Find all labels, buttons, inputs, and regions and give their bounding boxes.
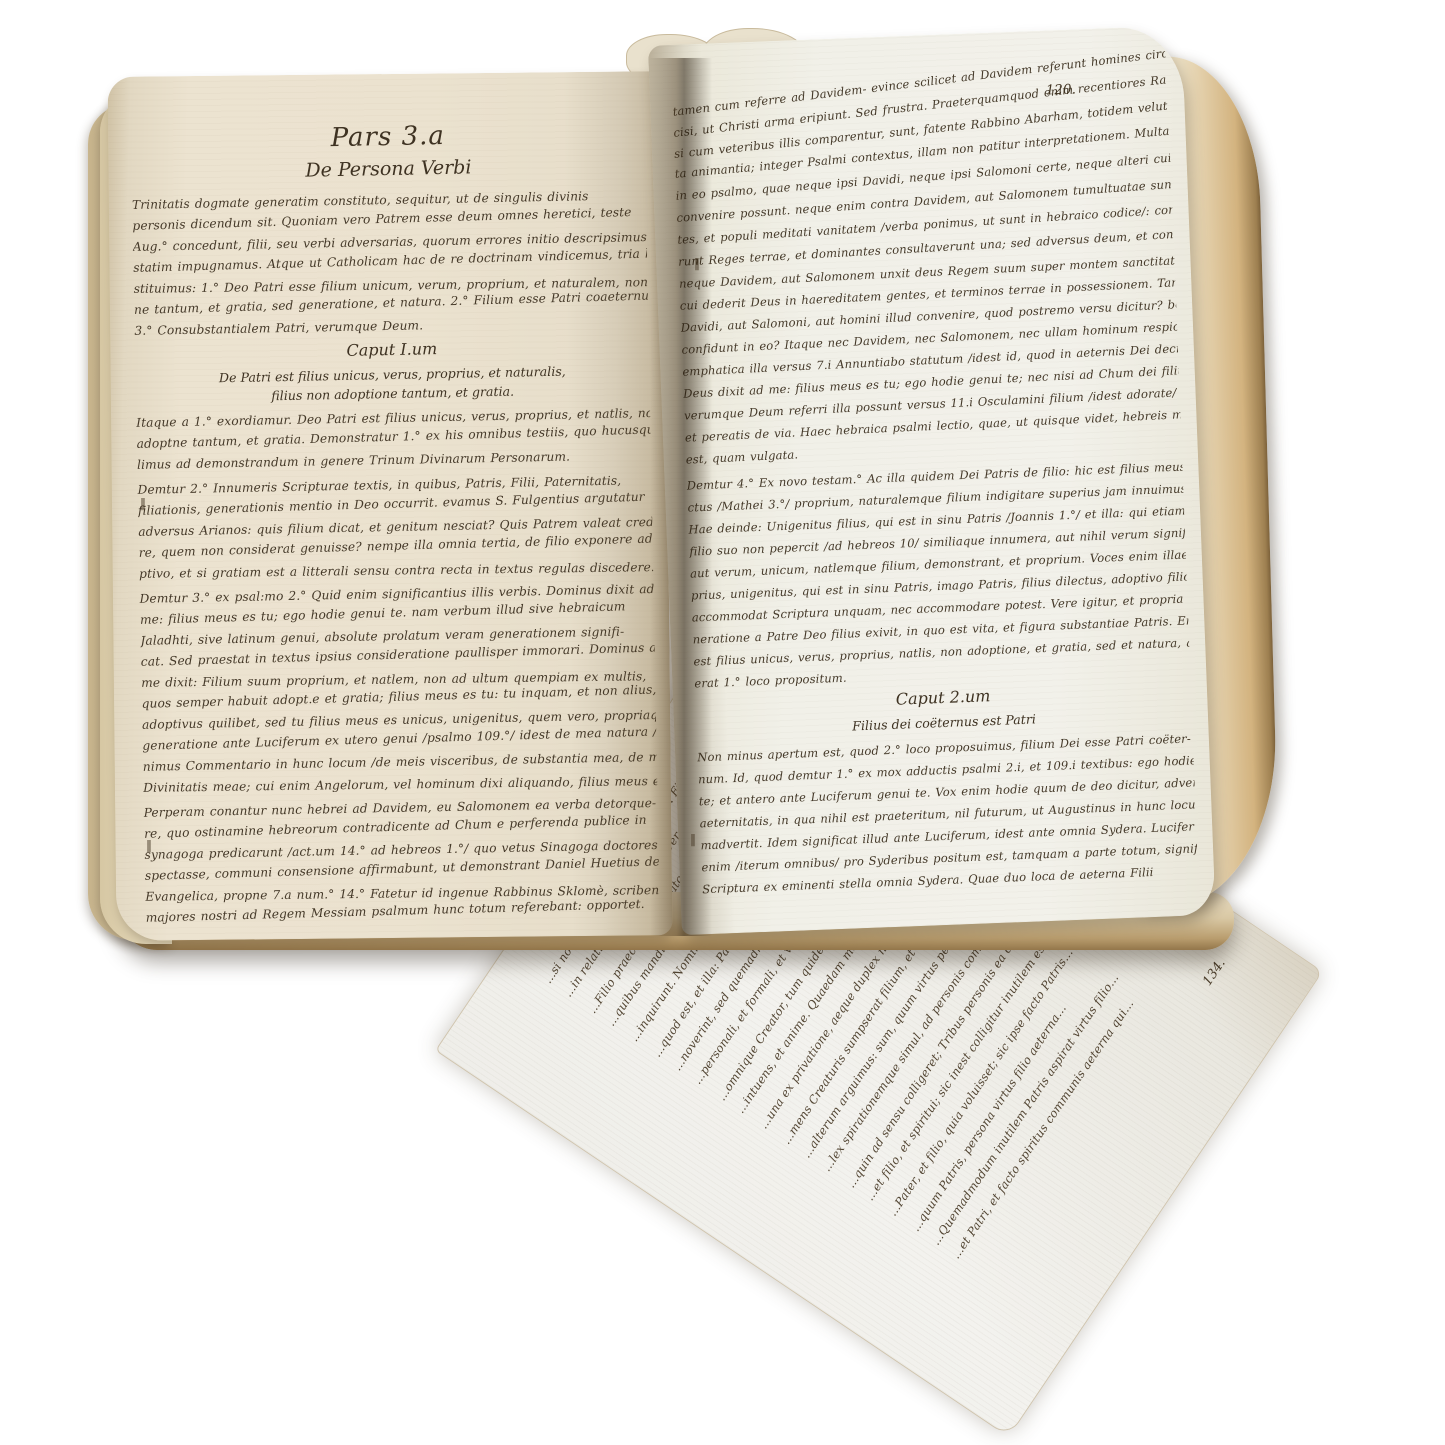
right-paragraph-2: Demtur 4.° Ex novo testam.° Ac illa quid… <box>686 456 1190 695</box>
margin-mark: ‖ <box>140 496 146 510</box>
left-page-text: Pars 3.a De Persona Verbi Trinitatis dog… <box>130 115 659 929</box>
left-paragraph-3: Demtur 2.° Innumeris Scripturae textis, … <box>137 470 653 585</box>
right-page-text: tamen cum referre ad Davidem- evince sci… <box>672 74 1199 900</box>
margin-mark: ‖ <box>690 832 696 846</box>
left-paragraph-4: Demtur 3.° ex psal:mo 2.° Quid enim sign… <box>139 579 657 799</box>
left-paragraph-5: Perperam conantur nunc hebrei ad Davidem… <box>144 793 660 929</box>
right-paragraph-1: tamen cum referre ad Davidem- evince sci… <box>672 78 1182 471</box>
margin-mark: ‖ <box>694 256 700 270</box>
left-paragraph-2: Itaque a 1.° exordiamur. Deo Patri est f… <box>136 403 651 476</box>
right-paragraph-3: Non minus apertum est, quod 2.° loco pro… <box>697 727 1199 900</box>
left-paragraph-1: Trinitatis dogmate generatim constituto,… <box>132 185 649 342</box>
manuscript-photo: ...si non. Quia relationes aeternae in F… <box>0 0 1445 1445</box>
margin-mark: ‖ <box>146 838 152 852</box>
left-page: Pars 3.a De Persona Verbi Trinitatis dog… <box>107 71 672 941</box>
sheet-page-number: 134. <box>1200 956 1229 988</box>
right-page: 120. tamen cum referre ad Davidem- evinc… <box>648 25 1216 935</box>
